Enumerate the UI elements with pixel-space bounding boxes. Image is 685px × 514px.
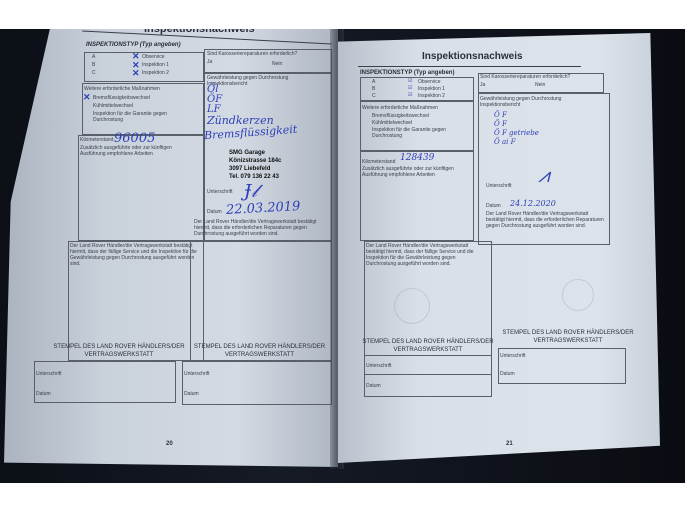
- date-label-2: Datum: [207, 209, 222, 215]
- note-4: Ö ai F: [494, 138, 539, 147]
- brake-fluid-label: Bremsflüssigkeitswechsel: [93, 95, 150, 101]
- coolant-label-right: Kühlmittelwechsel: [372, 120, 412, 126]
- page-number-right: 21: [506, 441, 513, 447]
- no-label: Nein: [272, 61, 282, 67]
- km-value-right: 128439: [400, 153, 434, 163]
- km-value: 96005: [114, 131, 155, 146]
- type-c-letter-right: C: [372, 93, 376, 99]
- signature-date-box-2: [182, 361, 332, 405]
- repairs-confirm-text: Der Land Rover Händler/die Vertragswerks…: [194, 219, 324, 237]
- additional-work-label-right: Zusätzlich ausgeführte oder zur künftige…: [362, 166, 470, 178]
- faded-stamp-mark-2: [562, 279, 594, 311]
- stamp-label-right: STEMPEL DES LAND ROVER HÄNDLERS/DER VERT…: [358, 338, 498, 354]
- type-c-label-right: Inspektion 2: [418, 93, 445, 99]
- signature-date-box: [34, 361, 176, 403]
- repairs-confirm-text-right: Der Land Rover Händler/die Vertragswerks…: [486, 211, 606, 229]
- warranty-label: Gewährleistung gegen Durchrostung Inspek…: [207, 75, 325, 87]
- type-c-check-right[interactable]: ☑: [408, 92, 412, 98]
- service-confirm-text-right: Der Land Rover Händler/die Vertragswerks…: [366, 243, 486, 267]
- handwritten-notes-right: Ö F Ö F Ö F getriebe Ö ai F: [494, 111, 539, 147]
- date-label-right-3: Datum: [500, 371, 515, 377]
- type-a-label-right: Observice: [418, 79, 441, 85]
- garage-name: SMG Garage: [229, 149, 281, 157]
- date-label-3: Datum: [184, 391, 199, 397]
- no-label-right: Nein: [535, 82, 545, 88]
- type-a-letter: A: [92, 54, 95, 60]
- type-c-check[interactable]: ✕: [132, 69, 140, 78]
- type-b-letter: B: [92, 62, 95, 68]
- type-b-check-right[interactable]: ☑: [408, 85, 412, 91]
- note-1: Ö F: [494, 111, 539, 120]
- page-21: Inspektionsnachweis INSPEKTIONSTYP (Typ …: [338, 33, 660, 463]
- type-a-letter-right: A: [372, 79, 375, 85]
- garage-stamp: SMG Garage Könizstrasse 184c 3097 Liebef…: [229, 149, 281, 181]
- signature-label: Unterschrift: [36, 371, 62, 377]
- garage-phone: Tel. 079 136 22 43: [229, 173, 281, 181]
- type-a-check-right[interactable]: ☑: [408, 78, 412, 84]
- body-repair-label: Sind Karosseriereparaturen erforderlich?: [207, 51, 297, 57]
- brake-fluid-label-right: Bremsflüssigkeitswechsel: [372, 113, 429, 119]
- brake-fluid-check[interactable]: ✕: [83, 93, 91, 102]
- type-b-label: Inspektion 1: [142, 62, 169, 68]
- date-label-right: Datum: [366, 383, 381, 389]
- title-rule-right: [358, 66, 581, 67]
- signature-scribble-right: ⩘: [538, 163, 549, 187]
- booklet-photo: Inspektionsnachweis INSPEKTIONSTYP (Typ …: [0, 29, 685, 483]
- garage-street: Könizstrasse 184c: [229, 157, 281, 165]
- faded-stamp-mark: [394, 288, 430, 324]
- date-label-right-2: Datum: [486, 203, 501, 209]
- signature-date-box-right: [364, 355, 492, 397]
- signature-label-right: Unterschrift: [366, 363, 392, 369]
- service-confirm-text: Der Land Rover Händler/die Vertragswerks…: [70, 243, 198, 267]
- signature-scribble: Ɉ𝓁: [244, 181, 257, 202]
- type-a-label: Observice: [142, 54, 165, 60]
- body-repair-label-right: Sind Karosseriereparaturen erforderlich?: [480, 74, 570, 80]
- type-heading: INSPEKTIONSTYP (Typ angeben): [86, 42, 181, 48]
- signature-label-right-2: Unterschrift: [486, 183, 512, 189]
- note-3: Ö F getriebe: [494, 129, 539, 138]
- further-heading: Weitere erforderliche Maßnahmen: [84, 86, 160, 92]
- signature-label-3: Unterschrift: [184, 371, 210, 377]
- stamp-label-right-2: STEMPEL DES LAND ROVER HÄNDLERS/DER VERT…: [498, 329, 638, 345]
- rust-inspection-label-right: Inspektion für die Garantie gegen Durchr…: [372, 127, 467, 139]
- date-label: Datum: [36, 391, 51, 397]
- rust-inspection-label: Inspektion für die Garantie gegen Durchr…: [93, 111, 193, 123]
- stamp-label-2: STEMPEL DES LAND ROVER HÄNDLERS/DER VERT…: [182, 343, 337, 359]
- type-c-label: Inspektion 2: [142, 70, 169, 76]
- date-value-right: 24.12.2020: [510, 199, 556, 208]
- page-20: Inspektionsnachweis INSPEKTIONSTYP (Typ …: [4, 29, 338, 467]
- type-heading-right: INSPEKTIONSTYP (Typ angeben): [360, 70, 454, 76]
- signature-label-2: Unterschrift: [207, 189, 233, 195]
- page-number: 20: [166, 441, 173, 447]
- yes-label: Ja: [207, 59, 212, 65]
- km-label-right: Kilometerstand: [362, 159, 395, 165]
- yes-label-right: Ja: [480, 82, 485, 88]
- signature-label-right-3: Unterschrift: [500, 353, 526, 359]
- stamp-label: STEMPEL DES LAND ROVER HÄNDLERS/DER VERT…: [34, 343, 204, 359]
- further-heading-right: Weitere erforderliche Maßnahmen: [362, 105, 438, 111]
- coolant-label: Kühlmittelwechsel: [93, 103, 133, 109]
- garage-city: 3097 Liebefeld: [229, 165, 281, 173]
- km-label: Kilometerstand: [80, 137, 113, 143]
- type-table-right: [360, 77, 474, 101]
- note-2: Ö F: [494, 120, 539, 129]
- warranty-label-right: Gewährleistung gegen Durchrostung Inspek…: [480, 96, 598, 108]
- type-b-label-right: Inspektion 1: [418, 86, 445, 92]
- type-b-letter-right: B: [372, 86, 375, 92]
- page-title-right: Inspektionsnachweis: [422, 51, 523, 62]
- type-c-letter: C: [92, 70, 96, 76]
- additional-work-label: Zusätzlich ausgeführte oder zur künftige…: [80, 145, 198, 157]
